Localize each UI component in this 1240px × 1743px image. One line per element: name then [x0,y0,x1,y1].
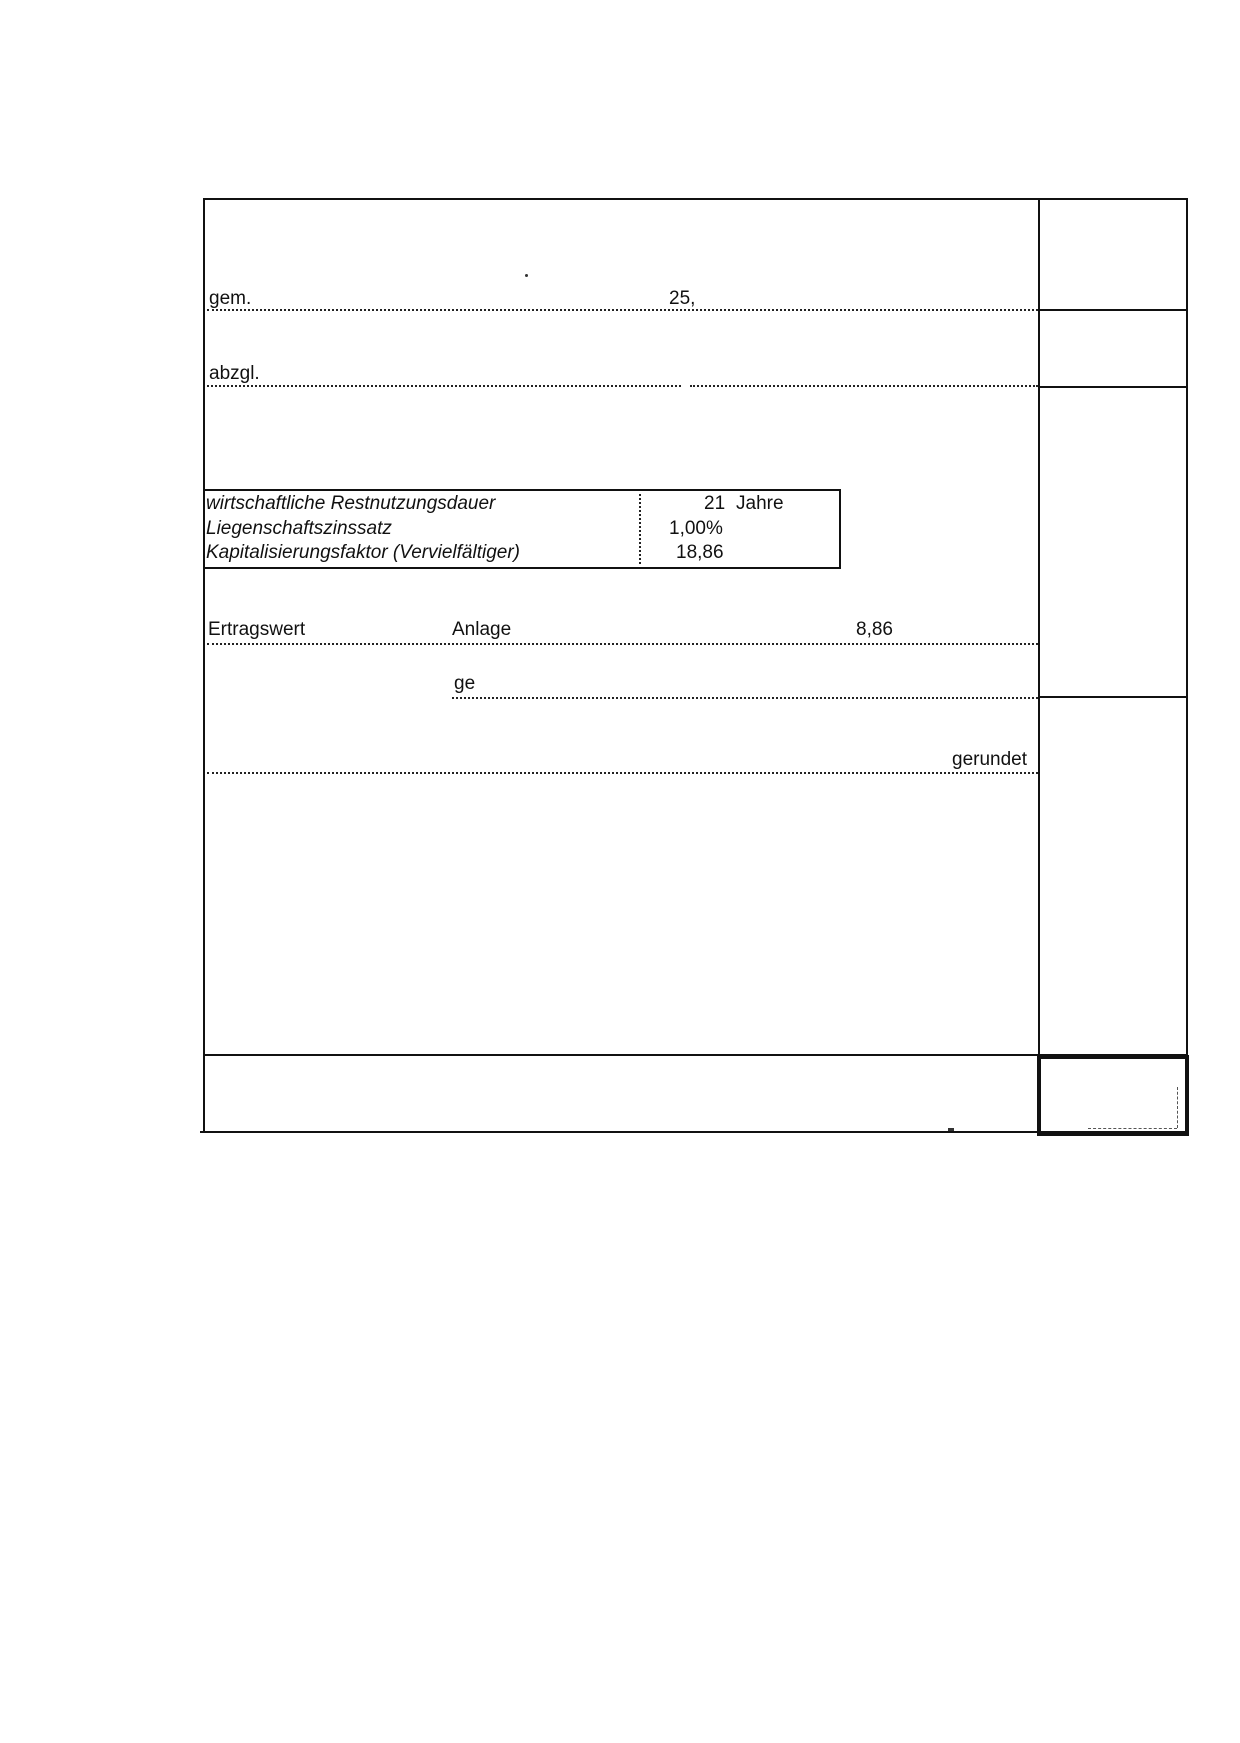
frame-top-border [204,198,1188,200]
value-column-row-line-3 [1038,696,1188,698]
total-box-dash-horizontal [1088,1128,1177,1129]
restnutzungsdauer-label: wirtschaftliche Restnutzungsdauer [206,494,495,514]
kapitalisierungsfaktor-value: 18,86 [676,543,724,563]
gerundet-label: gerundet [952,750,1027,770]
abzgl-dotted-line-left [207,385,681,387]
gem-value: 25, [669,289,695,309]
ge-label: ge [454,674,475,694]
ertragswert-value: 8,86 [856,620,893,640]
kapitalisierungsfaktor-label: Kapitalisierungsfaktor (Vervielfältiger) [206,543,520,563]
frame-left-border [203,198,205,1132]
ertragswert-label: Ertragswert [208,620,305,640]
abzgl-dotted-line-right [690,385,1038,387]
stray-dot [525,274,528,277]
ge-dotted-line [452,697,1038,699]
ertragswert-dotted-line [207,643,1038,645]
gerundet-dotted-line [207,772,1038,774]
value-column-divider [1038,198,1040,1132]
restnutzungsdauer-value: 21 [704,494,725,514]
gem-label: gem. [209,289,251,309]
total-box-dash-vertical [1177,1087,1178,1128]
ertragswert-sublabel: Anlage [452,620,511,640]
frame-right-border [1186,198,1188,1132]
abzgl-label: abzgl. [209,364,260,384]
stray-mark [948,1128,954,1131]
total-value-box [1037,1055,1189,1136]
value-column-row-line-2 [1038,386,1188,388]
gem-dotted-line [207,309,1038,311]
liegenschaftszinssatz-value: 1,00% [669,519,723,539]
liegenschaftszinssatz-label: Liegenschaftszinssatz [206,519,392,539]
restnutzungsdauer-unit: Jahre [736,494,784,514]
parameters-table-divider [639,494,641,564]
value-column-row-line-1 [1038,309,1188,311]
